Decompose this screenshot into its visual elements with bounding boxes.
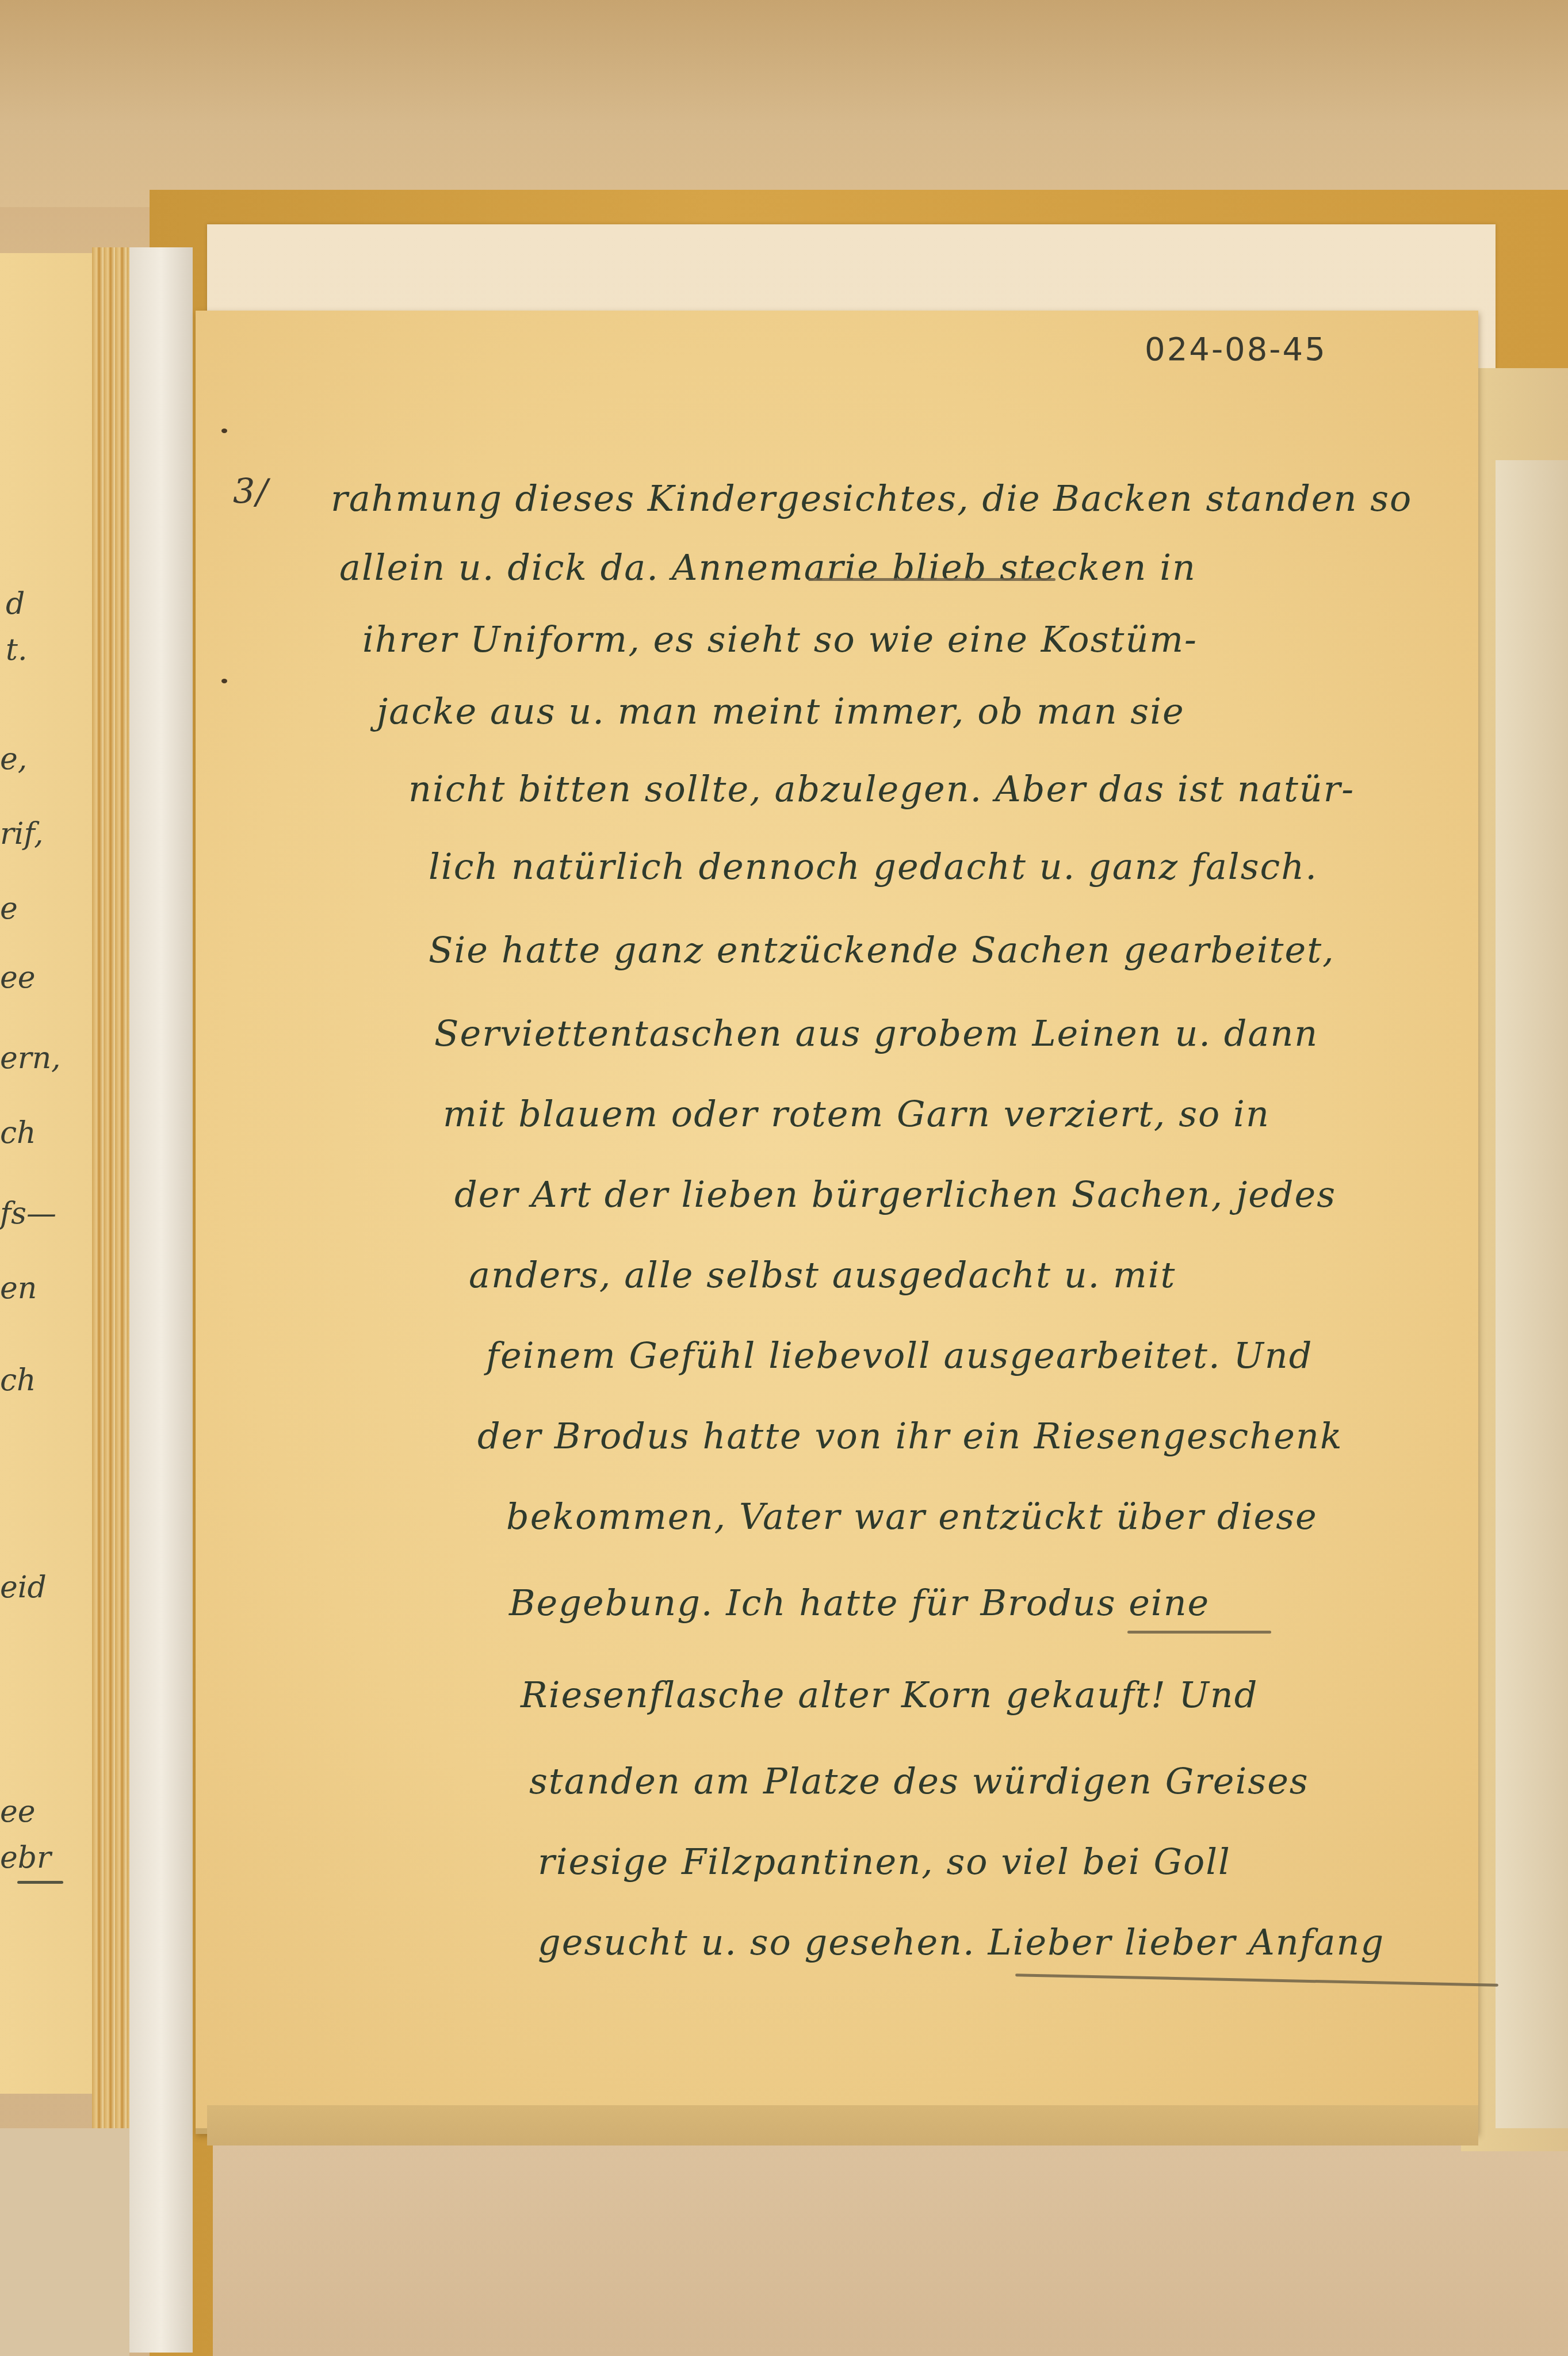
left-fragment: e bbox=[0, 892, 18, 926]
left-fragment: fs— bbox=[0, 1196, 56, 1231]
left-backing bbox=[0, 2128, 129, 2356]
left-fragment: rif, bbox=[0, 817, 43, 851]
left-page-dash bbox=[17, 1881, 63, 1884]
text-line: bekommen, Vater war entzückt über diese bbox=[506, 1496, 1318, 1537]
left-fragment: d bbox=[6, 587, 25, 621]
page-marker: 3/ bbox=[233, 472, 269, 512]
text-line: nicht bitten sollte, abzulegen. Aber das… bbox=[408, 768, 1355, 810]
text-line: ihrer Uniform, es sieht so wie eine Kost… bbox=[362, 618, 1198, 660]
white-divider-sheets bbox=[129, 247, 193, 2353]
left-fragment: ebr bbox=[0, 1841, 51, 1875]
text-line: standen am Platze des würdigen Greises bbox=[529, 1760, 1309, 1802]
archive-id-label: 024-08-45 bbox=[1145, 331, 1327, 368]
text-line: lich natürlich dennoch gedacht u. ganz f… bbox=[429, 846, 1318, 888]
text-line: anders, alle selbst ausgedacht u. mit bbox=[469, 1254, 1176, 1296]
left-fragment: e, bbox=[0, 742, 27, 777]
left-fragment: ch bbox=[0, 1363, 36, 1398]
text-line: Riesenflasche alter Korn gekauft! Und bbox=[521, 1674, 1258, 1716]
underlying-page-edge bbox=[207, 2105, 1478, 2145]
text-line: mit blauem oder rotem Garn verziert, so … bbox=[443, 1093, 1270, 1135]
text-line: allein u. dick da. Annemarie blieb steck… bbox=[339, 546, 1196, 588]
underline-brodus bbox=[1127, 1631, 1271, 1634]
left-fragment: ch bbox=[0, 1116, 36, 1150]
text-line: der Brodus hatte von ihr ein Riesengesch… bbox=[477, 1415, 1343, 1457]
left-fragment: ern, bbox=[0, 1041, 61, 1076]
left-fragment: eid bbox=[0, 1570, 47, 1605]
text-line: der Art der lieben bürgerlichen Sachen, … bbox=[454, 1173, 1336, 1215]
left-fragment: ee bbox=[0, 1795, 36, 1829]
underline-annemarie bbox=[808, 578, 1055, 581]
folder-backing-sheet bbox=[213, 2140, 1568, 2356]
punch-dot bbox=[221, 679, 227, 683]
table-surface bbox=[0, 0, 1568, 207]
text-line: jacke aus u. man meint immer, ob man sie bbox=[377, 690, 1185, 732]
text-line: gesucht u. so gesehen. Lieber lieber Anf… bbox=[538, 1921, 1385, 1963]
text-line: Sie hatte ganz entzückende Sachen gearbe… bbox=[429, 929, 1335, 971]
left-fragment: en bbox=[0, 1271, 37, 1306]
text-line: Serviettentaschen aus grobem Leinen u. d… bbox=[434, 1012, 1318, 1054]
text-line: rahmung dieses Kindergesichtes, die Back… bbox=[331, 477, 1412, 519]
left-manuscript-page: d t. e, rif, e ee ern, ch fs— en ch eid … bbox=[0, 253, 101, 2094]
right-page-stack-back bbox=[1496, 460, 1568, 2128]
left-fragment: ee bbox=[0, 961, 36, 995]
text-line: Begebung. Ich hatte für Brodus eine bbox=[509, 1582, 1210, 1624]
punch-dot bbox=[221, 429, 227, 433]
text-line: feinem Gefühl liebevoll ausgearbeitet. U… bbox=[486, 1334, 1313, 1376]
text-line: riesige Filzpantinen, so viel bei Goll bbox=[538, 1841, 1231, 1883]
left-fragment: t. bbox=[6, 633, 27, 667]
